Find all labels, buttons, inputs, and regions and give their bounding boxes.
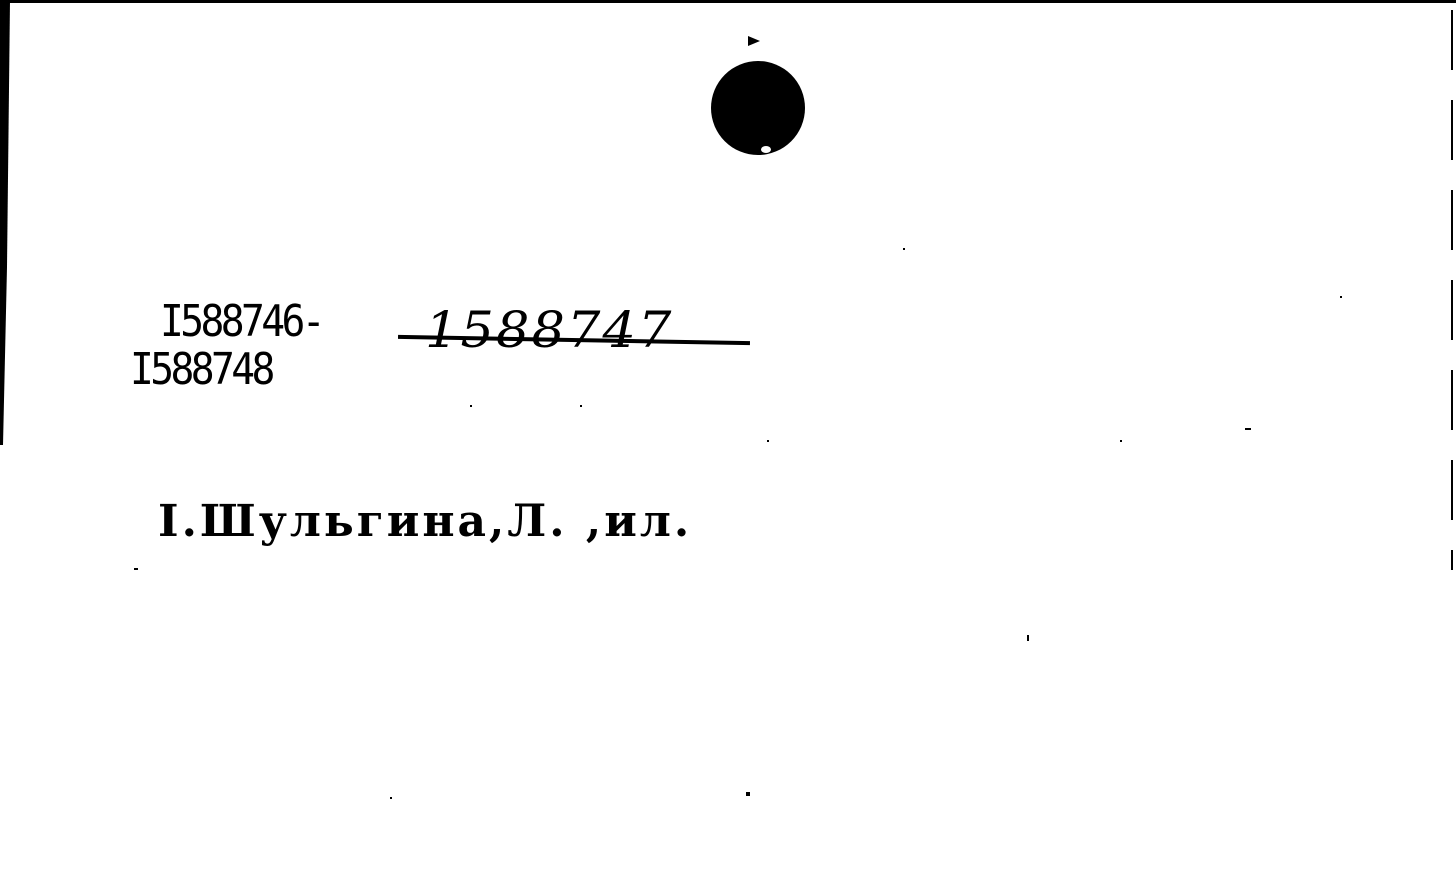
scan-speck — [470, 405, 472, 407]
scan-speck — [767, 440, 769, 442]
accession-number-1: I588746- — [160, 300, 322, 344]
card-left-shadow — [0, 0, 10, 445]
accession-number-2: I588748 — [130, 348, 272, 392]
scan-speck — [1027, 635, 1029, 641]
catalog-entry: I.Шульгина,Л. ,ил. — [158, 500, 692, 544]
scan-speck — [1120, 440, 1122, 442]
punch-hole-icon — [711, 61, 805, 155]
card-right-border — [1451, 10, 1453, 570]
scan-speck — [134, 568, 138, 570]
catalog-card: I588746- 1588747 I588748 I.Шульгина,Л. ,… — [0, 0, 1456, 888]
punch-mark-icon — [748, 36, 760, 46]
scan-speck — [390, 797, 392, 799]
card-top-border — [0, 0, 1456, 3]
handwritten-accession-number: 1588747 — [425, 305, 674, 355]
scan-speck — [903, 248, 905, 250]
scan-speck — [1245, 428, 1251, 430]
scan-speck — [580, 405, 582, 407]
scan-speck — [746, 792, 750, 796]
scan-speck — [1340, 296, 1342, 298]
